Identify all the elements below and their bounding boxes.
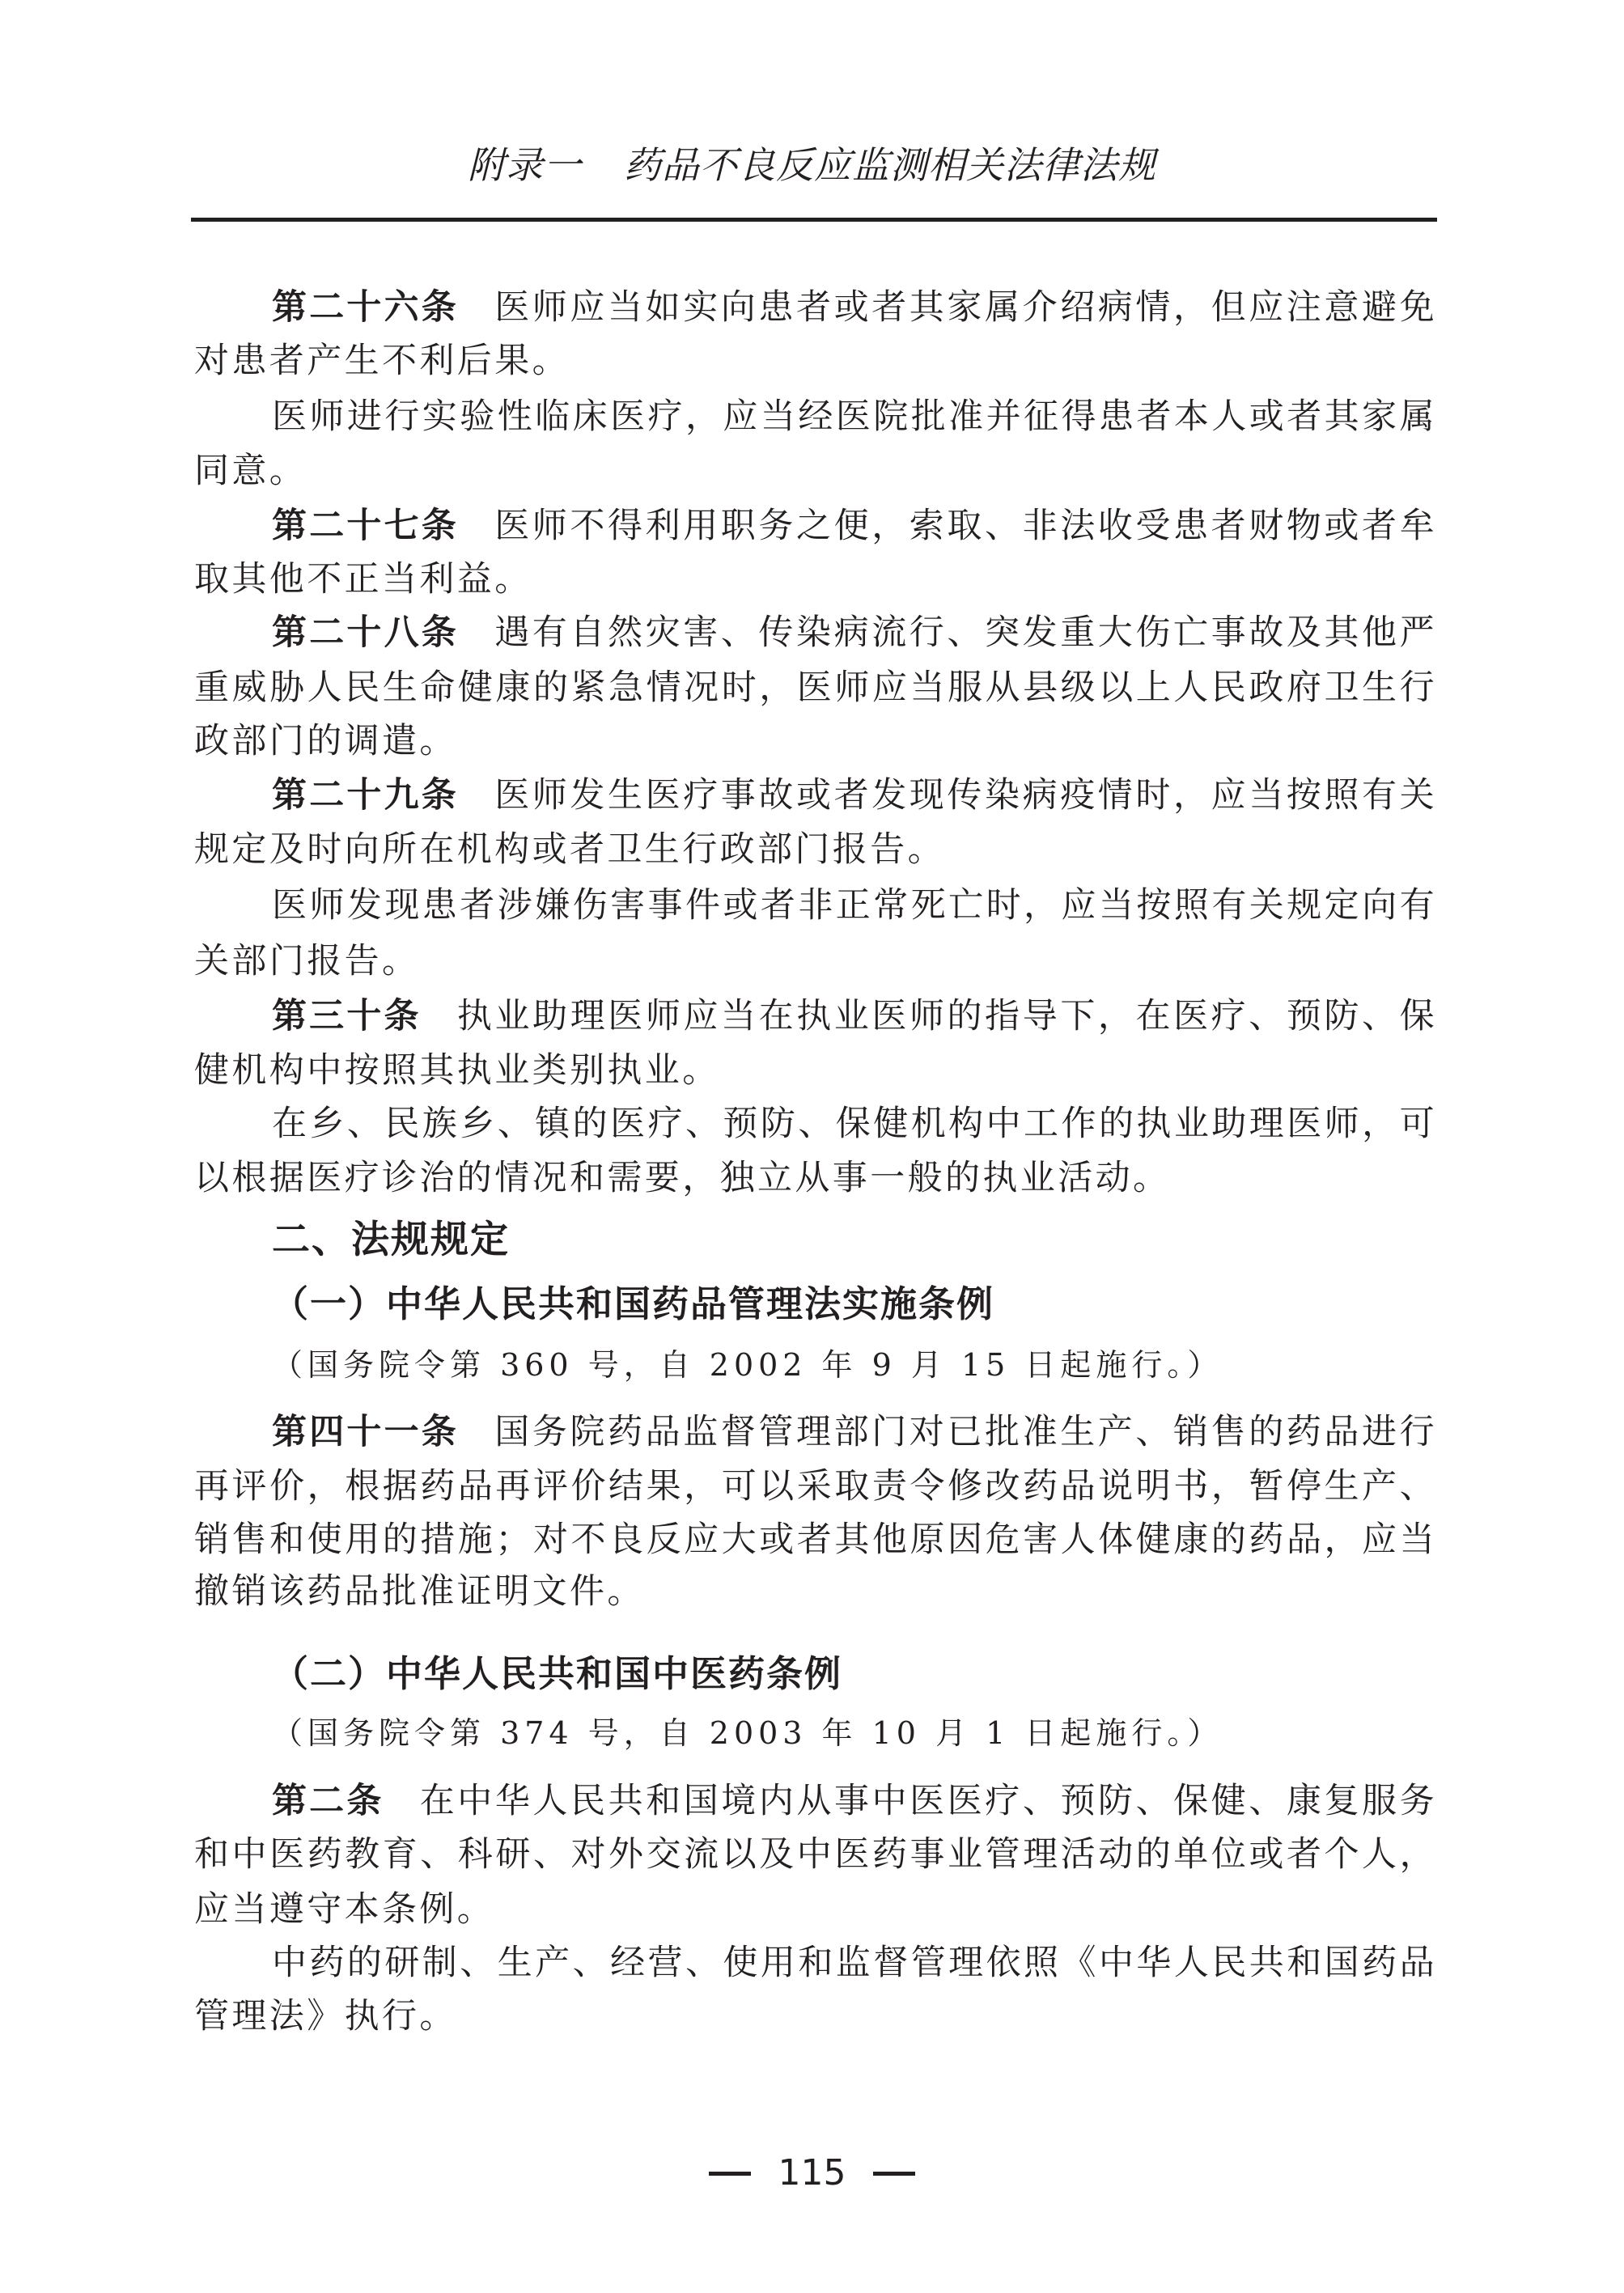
dash-left bbox=[709, 2172, 751, 2176]
subsection-2-note: （国务院令第 374 号，自 2003 年 10 月 1 日起施行。） bbox=[272, 1710, 1223, 1756]
article-26-p2-line-1: 医师进行实验性临床医疗，应当经医院批准并征得患者本人或者其家属 bbox=[272, 392, 1437, 441]
article-26-line-1: 第二十六条医师应当如实向患者或者其家属介绍病情，但应注意避免 bbox=[272, 283, 1437, 332]
document-page: 附录一药品不良反应监测相关法律法规 第二十六条医师应当如实向患者或者其家属介绍病… bbox=[0, 0, 1624, 2293]
running-head-title: 药品不良反应监测相关法律法规 bbox=[624, 143, 1156, 187]
article-29-line-1: 第二十九条医师发生医疗事故或者发现传染病疫情时，应当按照有关 bbox=[272, 771, 1437, 820]
article-26-p2-line-2: 同意。 bbox=[194, 447, 1437, 495]
article-41-line-4: 撤销该药品批准证明文件。 bbox=[194, 1567, 1437, 1616]
article-label: 第四十一条 bbox=[272, 1412, 459, 1452]
subsection-1-note: （国务院令第 360 号，自 2002 年 9 月 15 日起施行。） bbox=[272, 1342, 1223, 1388]
article-30-line-1: 第三十条执业助理医师应当在执业医师的指导下，在医疗、预防、保 bbox=[272, 992, 1437, 1041]
article-41-line-2: 再评价，根据药品再评价结果，可以采取责令修改药品说明书，暂停生产、 bbox=[194, 1462, 1437, 1511]
article-41-line-3: 销售和使用的措施；对不良反应大或者其他原因危害人体健康的药品，应当 bbox=[194, 1515, 1437, 1564]
header-rule bbox=[191, 218, 1437, 222]
article-label: 第二十七条 bbox=[272, 506, 459, 546]
page-number: 115 bbox=[0, 2149, 1624, 2198]
page-number-value: 115 bbox=[778, 2152, 846, 2193]
article-30-line-2: 健机构中按照其执业类别执业。 bbox=[194, 1046, 1437, 1095]
article-28-line-2: 重威胁人民生命健康的紧急情况时，医师应当服从县级以上人民政府卫生行 bbox=[194, 663, 1437, 712]
article-label: 第二条 bbox=[272, 1781, 384, 1821]
article-28-line-1: 第二十八条遇有自然灾害、传染病流行、突发重大伤亡事故及其他严 bbox=[272, 608, 1437, 657]
article-41-line-1: 第四十一条国务院药品监督管理部门对已批准生产、销售的药品进行 bbox=[272, 1408, 1437, 1456]
article-label: 第二十六条 bbox=[272, 287, 459, 328]
article-label: 第三十条 bbox=[272, 996, 422, 1036]
article-label: 第二十九条 bbox=[272, 775, 459, 816]
article-30-p2-line-1: 在乡、民族乡、镇的医疗、预防、保健机构中工作的执业助理医师，可 bbox=[272, 1100, 1437, 1148]
article-26-line-2: 对患者产生不利后果。 bbox=[194, 337, 1437, 385]
section-heading: 二、法规规定 bbox=[272, 1214, 510, 1266]
article-29-p2-line-1: 医师发现患者涉嫌伤害事件或者非正常死亡时，应当按照有关规定向有 bbox=[272, 881, 1437, 930]
article-2-p2-line-2: 管理法》执行。 bbox=[194, 1992, 1437, 2041]
subsection-heading-1: （一）中华人民共和国药品管理法实施条例 bbox=[272, 1279, 994, 1329]
article-28-line-3: 政部门的调遣。 bbox=[194, 717, 1437, 765]
article-27-line-1: 第二十七条医师不得利用职务之便，索取、非法收受患者财物或者牟 bbox=[272, 502, 1437, 550]
subsection-heading-2: （二）中华人民共和国中医药条例 bbox=[272, 1649, 842, 1699]
running-head: 附录一药品不良反应监测相关法律法规 bbox=[0, 139, 1624, 191]
article-2-line-3: 应当遵守本条例。 bbox=[194, 1885, 1437, 1934]
article-2-p2-line-1: 中药的研制、生产、经营、使用和监督管理依照《中华人民共和国药品 bbox=[272, 1939, 1437, 1987]
article-27-line-2: 取其他不正当利益。 bbox=[194, 555, 1437, 604]
article-label: 第二十八条 bbox=[272, 612, 459, 653]
dash-right bbox=[873, 2172, 915, 2176]
article-2-line-2: 和中医药教育、科研、对外交流以及中医药事业管理活动的单位或者个人， bbox=[194, 1830, 1437, 1879]
article-2-line-1: 第二条在中华人民共和国境内从事中医医疗、预防、保健、康复服务 bbox=[272, 1777, 1437, 1825]
article-29-p2-line-2: 关部门报告。 bbox=[194, 937, 1437, 985]
article-30-p2-line-2: 以根据医疗诊治的情况和需要，独立从事一般的执业活动。 bbox=[194, 1154, 1437, 1202]
appendix-label: 附录一 bbox=[468, 143, 582, 187]
article-29-line-2: 规定及时向所在机构或者卫生行政部门报告。 bbox=[194, 825, 1437, 874]
